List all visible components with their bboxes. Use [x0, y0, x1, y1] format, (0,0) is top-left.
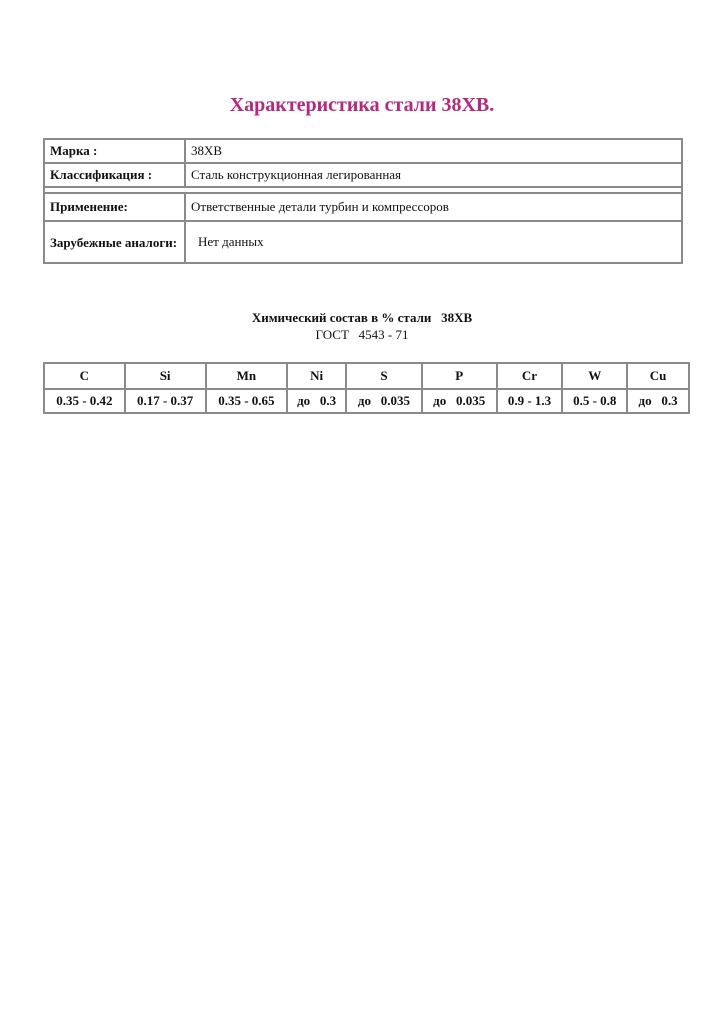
classification-value: Сталь конструкционная легированная	[185, 163, 682, 187]
chem-header-row: C Si Mn Ni S P Cr W Cu	[44, 363, 689, 389]
table-row: Зарубежные аналоги: Нет данных	[44, 221, 682, 263]
chem-composition-title: Химический состав в % стали 38ХВ	[0, 310, 724, 326]
application-value: Ответственные детали турбин и компрессор…	[185, 193, 682, 221]
steel-info-table: Марка : 38ХВ Классификация : Сталь конст…	[43, 138, 683, 264]
element-header: S	[346, 363, 422, 389]
element-value: 0.9 - 1.3	[497, 389, 563, 413]
element-header: Si	[125, 363, 206, 389]
element-value: до 0.035	[422, 389, 497, 413]
element-header: Mn	[206, 363, 288, 389]
classification-label: Классификация :	[44, 163, 185, 187]
element-value: до 0.035	[346, 389, 422, 413]
element-header: C	[44, 363, 125, 389]
marka-value: 38ХВ	[185, 139, 682, 163]
element-value: 0.35 - 0.65	[206, 389, 288, 413]
element-header: Cu	[627, 363, 689, 389]
element-value: 0.5 - 0.8	[562, 389, 627, 413]
element-header: Ni	[287, 363, 346, 389]
element-value: 0.17 - 0.37	[125, 389, 206, 413]
element-value: 0.35 - 0.42	[44, 389, 125, 413]
chem-composition-table: C Si Mn Ni S P Cr W Cu 0.35 - 0.42 0.17 …	[43, 362, 690, 414]
analogs-value: Нет данных	[185, 221, 682, 263]
table-row: Марка : 38ХВ	[44, 139, 682, 163]
analogs-label: Зарубежные аналоги:	[44, 221, 185, 263]
table-row: Классификация : Сталь конструкционная ле…	[44, 163, 682, 187]
gost-reference: ГОСТ 4543 - 71	[0, 327, 724, 343]
element-header: W	[562, 363, 627, 389]
element-header: P	[422, 363, 497, 389]
application-label: Применение:	[44, 193, 185, 221]
table-row: Применение: Ответственные детали турбин …	[44, 193, 682, 221]
element-value: до 0.3	[287, 389, 346, 413]
element-header: Cr	[497, 363, 563, 389]
chem-values-row: 0.35 - 0.42 0.17 - 0.37 0.35 - 0.65 до 0…	[44, 389, 689, 413]
element-value: до 0.3	[627, 389, 689, 413]
marka-label: Марка :	[44, 139, 185, 163]
page-title: Характеристика стали 38ХВ.	[0, 94, 724, 117]
